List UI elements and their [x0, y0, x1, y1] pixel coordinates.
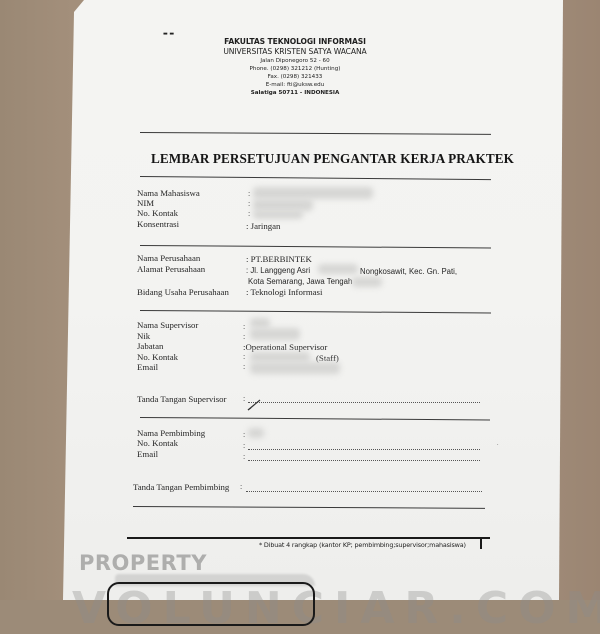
letterhead-faculty: FAKULTAS TEKNOLOGI INFORMASI: [190, 37, 400, 46]
watermark-logo-box: [107, 582, 315, 600]
colon: :: [248, 189, 250, 198]
label-no-kontak-supervisor: No. Kontak: [137, 352, 178, 362]
page-title: LEMBAR PERSETUJUAN PENGANTAR KERJA PRAKT…: [151, 151, 514, 167]
value-alamat-line1b: Nongkosawit, Kec. Gn. Pati,: [360, 267, 457, 276]
colon: :: [248, 199, 250, 208]
label-jabatan: Jabatan: [137, 341, 163, 351]
redacted-value: [250, 318, 270, 328]
redacted-value: [253, 187, 373, 199]
letterhead-email: E-mail: fti@uksw.edu: [190, 82, 400, 88]
value-alamat-line1a: : Jl. Langgeng Asri: [246, 266, 310, 275]
value-konsentrasi: : Jaringan: [246, 221, 280, 231]
label-nama-supervisor: Nama Supervisor: [137, 320, 198, 330]
label-bidang-usaha: Bidang Usaha Perusahaan: [137, 287, 229, 297]
colon: :: [243, 394, 245, 403]
colon: :: [243, 430, 245, 439]
letterhead-fax: Fax. (0298) 321433: [190, 74, 400, 80]
redacted-value: [248, 428, 264, 438]
letterhead-phone: Phone. (0298) 321212 (Hunting): [190, 66, 400, 72]
signature-field-pembimbing[interactable]: [246, 491, 482, 492]
footer-rule: [127, 537, 490, 539]
redacted-value: [352, 277, 382, 287]
label-konsentrasi: Konsentrasi: [137, 219, 179, 229]
field-email-pembimbing[interactable]: [248, 460, 480, 461]
redacted-value: [253, 210, 303, 219]
redacted-value: [250, 362, 340, 374]
value-nama-perusahaan: : PT.BERBINTEK: [246, 254, 312, 264]
watermark-property: PROPERTY: [79, 551, 207, 575]
label-nik: Nik: [137, 331, 150, 341]
colon: :: [243, 362, 245, 371]
label-ttd-pembimbing: Tanda Tangan Pembimbing: [133, 482, 229, 492]
footer-tick: [480, 538, 482, 549]
letterhead-city: Salatiga 50711 - INDONESIA: [190, 90, 400, 96]
colon: :: [243, 332, 245, 341]
field-no-kontak-pembimbing[interactable]: [248, 449, 480, 450]
label-no-kontak: No. Kontak: [137, 208, 178, 218]
value-jabatan: :Operational Supervisor: [243, 342, 327, 352]
label-email-pembimbing: Email: [137, 449, 158, 459]
redacted-value: [250, 352, 310, 362]
colon: :: [243, 322, 245, 331]
colon: :: [240, 482, 242, 491]
letterhead-university: UNIVERSITAS KRISTEN SATYA WACANA: [190, 47, 400, 56]
label-email-supervisor: Email: [137, 362, 158, 372]
label-nama-perusahaan: Nama Perusahaan: [137, 253, 200, 263]
ink-mark: ▬ ▬: [163, 31, 174, 37]
label-no-kontak-pembimbing: No. Kontak: [137, 438, 178, 448]
value-alamat-line2: Kota Semarang, Jawa Tengah: [248, 277, 352, 286]
redacted-value: [250, 328, 300, 340]
colon: :: [243, 352, 245, 361]
colon: :: [243, 452, 245, 461]
label-nama-mahasiswa: Nama Mahasiswa: [137, 188, 200, 198]
redacted-value: [318, 264, 358, 274]
label-alamat-perusahaan: Alamat Perusahaan: [137, 264, 205, 274]
label-ttd-supervisor: Tanda Tangan Supervisor: [137, 394, 227, 404]
signature-stroke-icon: [246, 397, 266, 413]
signature-field-supervisor[interactable]: [248, 402, 480, 403]
colon: :: [243, 441, 245, 450]
ink-mark: ·: [497, 442, 499, 448]
colon: :: [248, 209, 250, 218]
value-bidang-usaha: : Teknologi Informasi: [246, 287, 322, 297]
label-nim: NIM: [137, 198, 154, 208]
letterhead-address: Jalan Diponegoro 52 - 60: [190, 58, 400, 64]
footnote: * Dibuat 4 rangkap (kantor KP; pembimbin…: [259, 541, 466, 549]
label-nama-pembimbing: Nama Pembimbing: [137, 428, 205, 438]
